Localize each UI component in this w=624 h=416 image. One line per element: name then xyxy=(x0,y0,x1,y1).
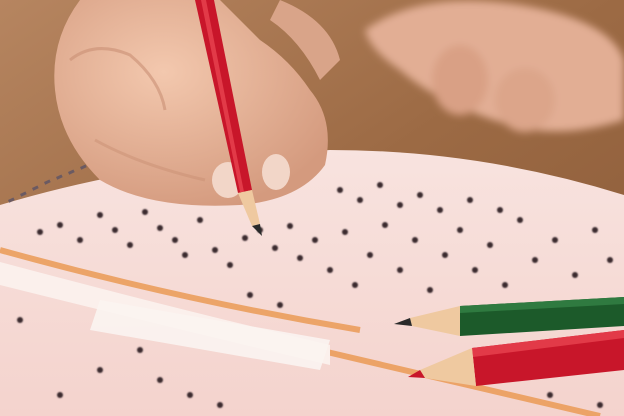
answer-sheet-photo xyxy=(0,0,624,416)
writing-hand xyxy=(54,0,340,206)
